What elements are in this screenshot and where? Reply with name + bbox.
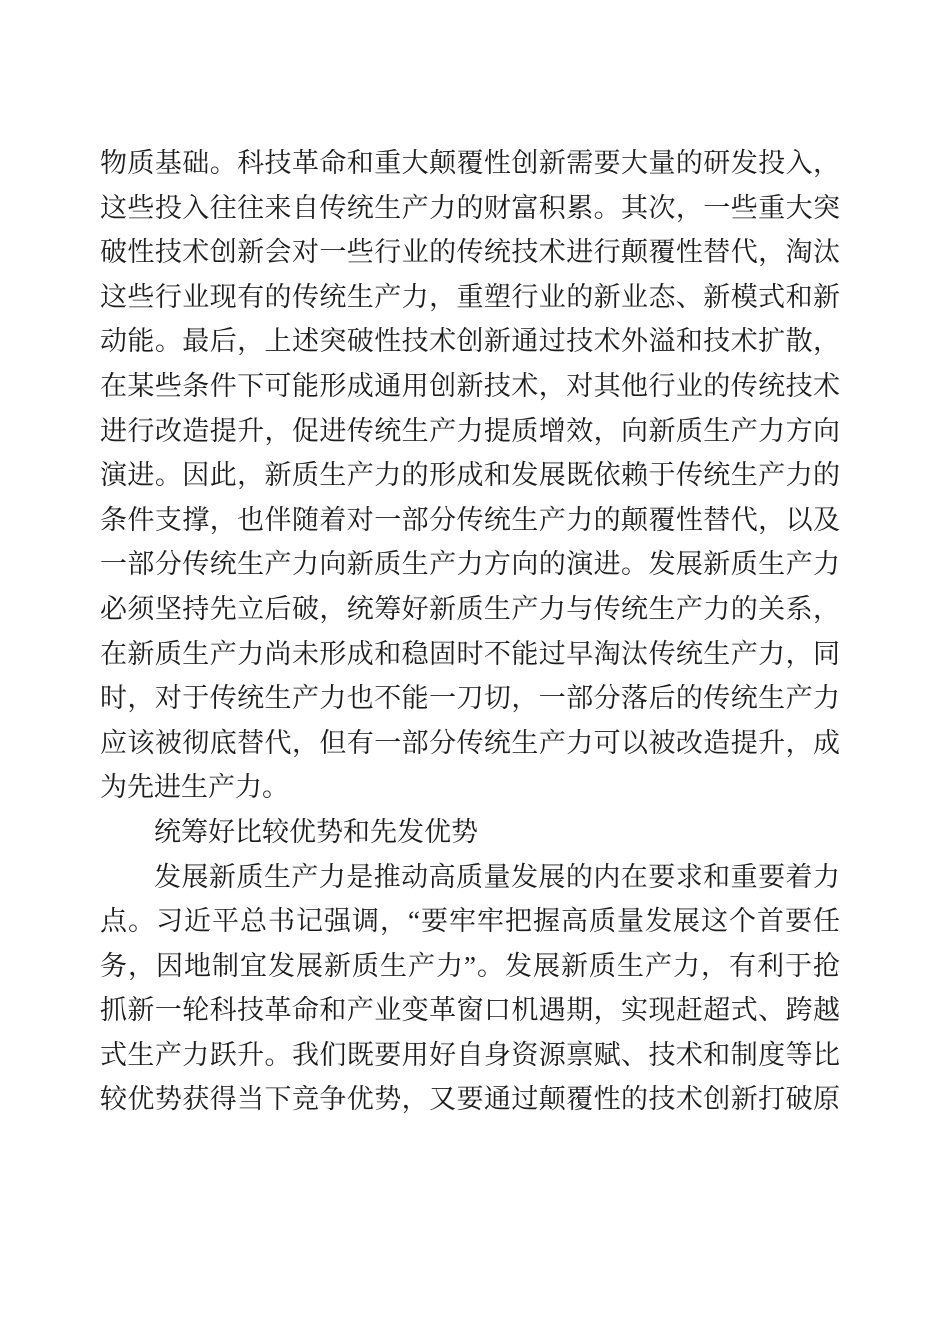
text-line: 动能。最后，上述突破性技术创新通过技术外溢和技术扩散， bbox=[100, 319, 840, 364]
text-line: 进行改造提升，促进传统生产力提质增效，向新质生产力方向 bbox=[100, 409, 840, 454]
text-line: 这些投入往往来自传统生产力的财富积累。其次，一些重大突 bbox=[100, 186, 840, 231]
text-line: 这些行业现有的传统生产力，重塑行业的新业态、新模式和新 bbox=[100, 275, 840, 320]
text-line: 务，因地制宜发展新质生产力”。发展新质生产力，有利于抢 bbox=[100, 944, 840, 989]
text-line: 一部分传统生产力向新质生产力方向的演进。发展新质生产力 bbox=[100, 542, 840, 587]
text-line: 时，对于传统生产力也不能一刀切，一部分落后的传统生产力 bbox=[100, 676, 840, 721]
paragraph-first-line: 发展新质生产力是推动高质量发展的内在要求和重要着力 bbox=[100, 855, 840, 900]
document-body: 物质基础。科技革命和重大颠覆性创新需要大量的研发投入，这些投入往往来自传统生产力… bbox=[100, 141, 840, 1122]
text-line: 较优势获得当下竞争优势，又要通过颠覆性的技术创新打破原 bbox=[100, 1077, 840, 1122]
text-line: 演进。因此，新质生产力的形成和发展既依赖于传统生产力的 bbox=[100, 453, 840, 498]
text-line: 条件支撑，也伴随着对一部分传统生产力的颠覆性替代，以及 bbox=[100, 498, 840, 543]
text-line: 式生产力跃升。我们既要用好自身资源禀赋、技术和制度等比 bbox=[100, 1033, 840, 1078]
paragraph-last-line: 为先进生产力。 bbox=[100, 765, 840, 810]
text-line: 点。习近平总书记强调，“要牢牢把握高质量发展这个首要任 bbox=[100, 899, 840, 944]
text-line: 在某些条件下可能形成通用创新技术，对其他行业的传统技术 bbox=[100, 364, 840, 409]
text-line: 破性技术创新会对一些行业的传统技术进行颠覆性替代，淘汰 bbox=[100, 230, 840, 275]
text-line: 抓新一轮科技革命和产业变革窗口机遇期，实现赶超式、跨越 bbox=[100, 988, 840, 1033]
section-heading: 统筹好比较优势和先发优势 bbox=[100, 810, 840, 855]
text-line: 物质基础。科技革命和重大颠覆性创新需要大量的研发投入， bbox=[100, 141, 840, 186]
text-line: 应该被彻底替代，但有一部分传统生产力可以被改造提升，成 bbox=[100, 721, 840, 766]
text-line: 必须坚持先立后破，统筹好新质生产力与传统生产力的关系， bbox=[100, 587, 840, 632]
text-line: 在新质生产力尚未形成和稳固时不能过早淘汰传统生产力，同 bbox=[100, 632, 840, 677]
document-page: 物质基础。科技革命和重大颠覆性创新需要大量的研发投入，这些投入往往来自传统生产力… bbox=[0, 0, 950, 1344]
